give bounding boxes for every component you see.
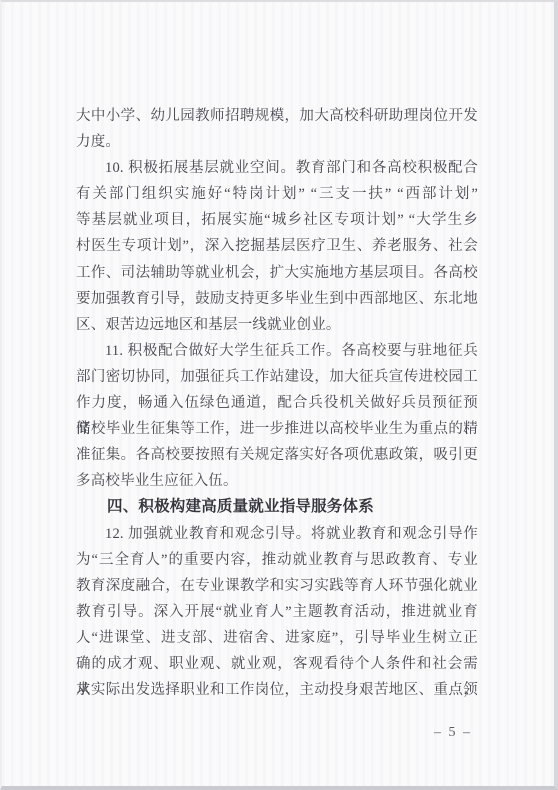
doc-line: 工作、司法辅助等就业机会，扩大实施地方基层项目。各高校 — [76, 260, 478, 286]
doc-line: 村医生专项计划”，深入挖掘基层医疗卫生、养老服务、社会 — [76, 233, 478, 259]
doc-line-paragraph-12-start: 12. 加强就业教育和观念引导。将就业教育和观念引导作 — [76, 521, 478, 547]
doc-line-paragraph-10-start: 10. 积极拓展基层就业空间。教育部门和各高校积极配合 — [76, 155, 478, 181]
doc-line: 确的成才观、职业观、就业观，客观看待个人条件和社会需求， — [76, 651, 478, 677]
doc-line: 准征集。各高校要按照有关规定落实好各项优惠政策，吸引更 — [76, 442, 478, 468]
doc-line: 力度。 — [76, 129, 478, 155]
doc-line: 作力度，畅通入伍绿色通道，配合兵役机关做好兵员预征预储、 — [76, 390, 478, 416]
doc-line: 为“三全育人”的重要内容，推动就业教育与思政教育、专业 — [76, 547, 478, 573]
doc-line: 教育引导。深入开展“就业育人”主题教育活动，推进就业育 — [76, 599, 478, 625]
page-number: – 5 – — [434, 725, 472, 741]
doc-line: 教育深度融合，在专业课教学和实习实践等育人环节强化就业 — [76, 573, 478, 599]
doc-line: 高校毕业生征集等工作，进一步推进以高校毕业生为重点的精 — [76, 416, 478, 442]
scan-page: 大中小学、幼儿园教师招聘规模，加大高校科研助理岗位开发 力度。 10. 积极拓展… — [0, 0, 558, 790]
doc-line: 大中小学、幼儿园教师招聘规模，加大高校科研助理岗位开发 — [76, 103, 478, 129]
document-body: 大中小学、幼儿园教师招聘规模，加大高校科研助理岗位开发 力度。 10. 积极拓展… — [76, 103, 478, 703]
section-heading: 四、积极构建高质量就业指导服务体系 — [76, 494, 478, 520]
doc-line: 人“进课堂、进支部、进宿舍、进家庭”，引导毕业生树立正 — [76, 625, 478, 651]
doc-line: 多高校毕业生应征入伍。 — [76, 468, 478, 494]
doc-line: 从实际出发选择职业和工作岗位，主动投身艰苦地区、重点领 — [76, 677, 478, 703]
doc-line-paragraph-11-start: 11. 积极配合做好大学生征兵工作。各高校要与驻地征兵 — [76, 338, 478, 364]
doc-line: 等基层就业项目，拓展实施“城乡社区专项计划” “大学生乡 — [76, 207, 478, 233]
doc-line: 部门密切协同，加强征兵工作站建设，加大征兵宣传进校园工 — [76, 364, 478, 390]
doc-line: 区、艰苦边远地区和基层一线就业创业。 — [76, 312, 478, 338]
doc-line: 要加强教育引导，鼓励支持更多毕业生到中西部地区、东北地 — [76, 286, 478, 312]
doc-line: 有关部门组织实施好“特岗计划” “三支一扶” “西部计划” — [76, 181, 478, 207]
